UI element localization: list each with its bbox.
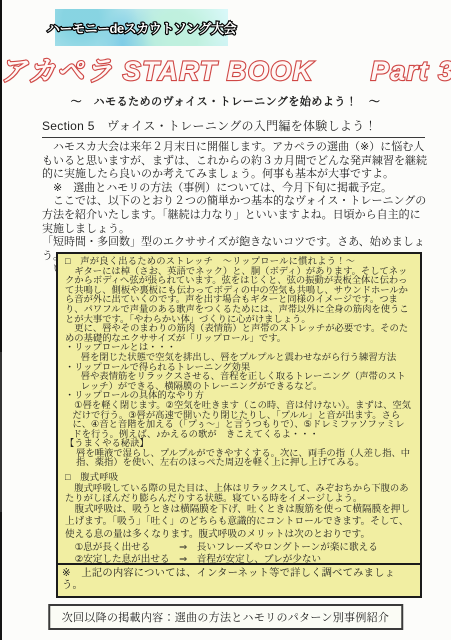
breathing-paragraph-1: 腹式呼吸している際の見た目は、上体はリラックスして、みぞおちから下腹のあたりがし… [65,483,413,504]
breathing-merit-1: ①息が長く出せる ⇒ 長いフレーズやロングトーンが楽に歌える [65,542,413,555]
event-banner-title: ハーモニーdeスカウトソング大会 [47,18,236,37]
intro-note-line: ※ 選曲とハモリの方法（事例）については、今月下旬に掲載予定。 [42,182,428,196]
document-title: アカペラ START BOOK Part 3 [0,49,451,88]
next-issue-box: 次回以降の掲載内容：選曲の方法とハモリのパターン別事例紹介 [48,604,403,630]
breathing-paragraph-2: 腹式呼吸は、吸うときは横隔膜を下げ、吐くときは腹筋を使って横隔膜を押し上げます。… [65,504,413,542]
box-footer-note: ※ 上記の内容については、インターネット等で詳しく調べてみましょう。 [58,563,420,596]
tip-body: 唇を唾液で湿らし、プルプルができやすくする。次に、両手の指（人差し指、中指、薬指… [65,449,413,468]
intro-paragraph-1: ハモスカ大会は来年２月末日に開催します。アカペラの選曲（※）に悩む人もいると思い… [42,141,428,182]
stretch-paragraph-1: ギターには棹（さお、英語でネック）と、胴（ボディ）があります。そしてネックからボ… [65,267,413,325]
event-banner: ハーモニーdeスカウトソング大会 [55,9,228,46]
exercise-box: □ 声が良く出るためのストレッチ ～リップロールに慣れよう！～ ギターには棹（さ… [56,252,422,598]
intro-paragraph-2: ここでは、以下のとおり２つの簡単かつ基本的なヴォイス・トレーニングの方法を紹介い… [42,195,428,236]
section-heading: Section 5 ヴォイス・トレーニングの入門編を体験しよう！ [42,117,425,138]
stretch-paragraph-2: 更に、唇やそのまわりの筋肉（表情筋）と声帯のストレッチが必要です。そのための基礎… [65,324,413,343]
scanned-document-page: ハーモニーdeスカウトソング大会 アカペラ START BOOK Part 3 … [0,0,451,640]
breathing-section-heading: □ 腹式呼吸 [65,473,413,483]
liproll-howto-body: ①唇を軽く閉じます。②空気を吐きます（この時、音は付けない）。まずは、空気だけで… [65,401,413,439]
exercise-box-content: □ 声が良く出るためのストレッチ ～リップロールに慣れよう！～ ギターには棹（さ… [58,254,420,563]
breathing-merit-2: ②安定した息が出せる ⇒ 音程が安定し、ブレが少ない [65,554,413,563]
breathing-section: □ 腹式呼吸 腹式呼吸している際の見た目は、上体はリラックスして、みぞおちから下… [65,473,413,563]
document-subtitle: ～ ハモるためのヴォイス・トレーニングを始めよう！ ～ [0,93,451,109]
liproll-effect-body: 唇や表情筋をリラックスさせる、音程を正しく取るトレーニング（声帯のストレッチ）が… [65,372,413,391]
